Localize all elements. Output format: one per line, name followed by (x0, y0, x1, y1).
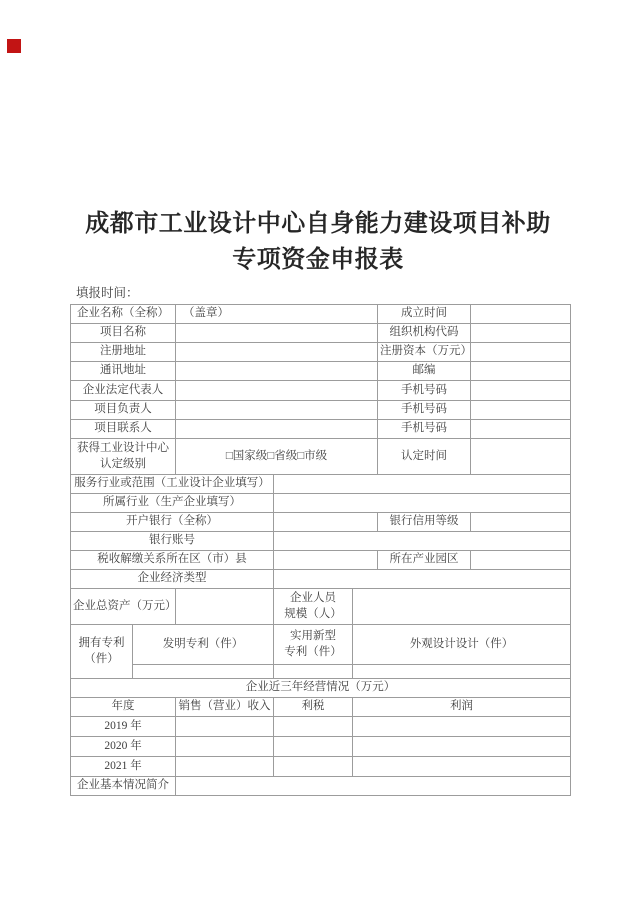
project-contact-label: 项目联系人 (71, 420, 176, 439)
table-row: 企业基本情况简介 (71, 777, 571, 796)
table-row: 2019 年 (71, 717, 571, 737)
staff-scale-value-cell (353, 589, 571, 625)
page-title-line2: 专项资金申报表 (0, 242, 636, 278)
bank-credit-value-cell (471, 513, 571, 532)
table-row: 注册地址 注册资本（万元） (71, 343, 571, 362)
table-row: 通讯地址 邮编 (71, 362, 571, 381)
reg-address-label: 注册地址 (71, 343, 176, 362)
company-profile-label: 企业基本情况简介 (71, 777, 176, 796)
industry-label: 所属行业（生产企业填写） (71, 494, 274, 513)
year-2019-profit-cell (353, 717, 571, 737)
page-title-line1: 成都市工业设计中心自身能力建设项目补助 (0, 206, 636, 242)
legal-rep-value-cell (176, 381, 378, 401)
table-row: 年度 销售（营业）收入 利税 利润 (71, 698, 571, 717)
application-form-table: 企业名称（全称） （盖章） 成立时间 项目名称 组织机构代码 注册地址 注册资本… (70, 304, 571, 796)
org-code-value-cell (471, 324, 571, 343)
founding-date-label: 成立时间 (378, 305, 471, 324)
table-row: 银行账号 (71, 532, 571, 551)
postcode-label: 邮编 (378, 362, 471, 381)
company-name-label: 企业名称（全称） (71, 305, 176, 324)
table-row: 2021 年 (71, 757, 571, 777)
fill-time-label: 填报时间： (76, 283, 636, 301)
year-2020-tax-cell (274, 737, 353, 757)
table-row: 企业名称（全称） （盖章） 成立时间 (71, 305, 571, 324)
year-2021-profit-cell (353, 757, 571, 777)
table-row: 服务行业或范围（工业设计企业填写） (71, 475, 571, 494)
year-2020-label: 2020 年 (71, 737, 176, 757)
design-patent-label: 外观设计设计（件） (353, 625, 571, 665)
company-name-value-cell: （盖章） (176, 305, 378, 324)
industry-park-label: 所在产业园区 (378, 551, 471, 570)
table-row: 企业经济类型 (71, 570, 571, 589)
page-title: 成都市工业设计中心自身能力建设项目补助 专项资金申报表 (0, 0, 636, 278)
year-column-header: 年度 (71, 698, 176, 717)
center-level-checkboxes: □国家级□省级□市级 (176, 439, 378, 475)
invention-patent-label: 发明专利（件） (133, 625, 274, 665)
project-leader-value-cell (176, 401, 378, 420)
table-row: 项目名称 组织机构代码 (71, 324, 571, 343)
economy-type-label: 企业经济类型 (71, 570, 274, 589)
table-row: 税收解缴关系所在区（市）县 所在产业园区 (71, 551, 571, 570)
reg-capital-label: 注册资本（万元） (378, 343, 471, 362)
economy-type-value-cell (274, 570, 571, 589)
red-stamp-marker (7, 39, 21, 53)
bank-account-value-cell (274, 532, 571, 551)
year-2019-sales-cell (176, 717, 274, 737)
service-scope-value-cell (274, 475, 571, 494)
project-name-value-cell (176, 324, 378, 343)
year-2021-sales-cell (176, 757, 274, 777)
table-row: 2020 年 (71, 737, 571, 757)
legal-rep-phone-label: 手机号码 (378, 381, 471, 401)
year-2020-sales-cell (176, 737, 274, 757)
year-2019-tax-cell (274, 717, 353, 737)
project-contact-value-cell (176, 420, 378, 439)
mail-address-value-cell (176, 362, 378, 381)
industry-value-cell (274, 494, 571, 513)
profit-column-header: 利润 (353, 698, 571, 717)
industry-park-value-cell (471, 551, 571, 570)
leader-phone-value-cell (471, 401, 571, 420)
bank-account-label: 银行账号 (71, 532, 274, 551)
invention-patent-value-cell (133, 665, 274, 679)
business-section-header: 企业近三年经营情况（万元） (71, 679, 571, 698)
reg-capital-value-cell (471, 343, 571, 362)
design-patent-value-cell (353, 665, 571, 679)
legal-rep-label: 企业法定代表人 (71, 381, 176, 401)
contact-phone-label: 手机号码 (378, 420, 471, 439)
patents-label: 拥有专利 （件） (71, 625, 133, 679)
certify-date-value-cell (471, 439, 571, 475)
legal-rep-phone-value-cell (471, 381, 571, 401)
certify-date-label: 认定时间 (378, 439, 471, 475)
total-assets-value-cell (176, 589, 274, 625)
tax-district-value-cell (274, 551, 378, 570)
total-assets-label: 企业总资产（万元） (71, 589, 176, 625)
table-row: 项目负责人 手机号码 (71, 401, 571, 420)
table-row: 开户银行（全称） 银行信用等级 (71, 513, 571, 532)
bank-credit-label: 银行信用等级 (378, 513, 471, 532)
leader-phone-label: 手机号码 (378, 401, 471, 420)
table-row: 拥有专利 （件） 发明专利（件） 实用新型 专利（件） 外观设计设计（件） (71, 625, 571, 665)
contact-phone-value-cell (471, 420, 571, 439)
sales-column-header: 销售（营业）收入 (176, 698, 274, 717)
table-row: 企业近三年经营情况（万元） (71, 679, 571, 698)
year-2021-tax-cell (274, 757, 353, 777)
table-row: 企业法定代表人 手机号码 (71, 381, 571, 401)
bank-value-cell (274, 513, 378, 532)
founding-date-value-cell (471, 305, 571, 324)
tax-district-label: 税收解缴关系所在区（市）县 (71, 551, 274, 570)
table-row (71, 665, 571, 679)
postcode-value-cell (471, 362, 571, 381)
utility-patent-label: 实用新型 专利（件） (274, 625, 353, 665)
org-code-label: 组织机构代码 (378, 324, 471, 343)
year-2020-profit-cell (353, 737, 571, 757)
project-name-label: 项目名称 (71, 324, 176, 343)
reg-address-value-cell (176, 343, 378, 362)
tax-column-header: 利税 (274, 698, 353, 717)
company-profile-value-cell (176, 777, 571, 796)
table-row: 所属行业（生产企业填写） (71, 494, 571, 513)
service-scope-label: 服务行业或范围（工业设计企业填写） (71, 475, 274, 494)
year-2019-label: 2019 年 (71, 717, 176, 737)
staff-scale-label: 企业人员 规模（人） (274, 589, 353, 625)
table-row: 企业总资产（万元） 企业人员 规模（人） (71, 589, 571, 625)
project-leader-label: 项目负责人 (71, 401, 176, 420)
bank-label: 开户银行（全称） (71, 513, 274, 532)
year-2021-label: 2021 年 (71, 757, 176, 777)
mail-address-label: 通讯地址 (71, 362, 176, 381)
utility-patent-value-cell (274, 665, 353, 679)
table-row: 项目联系人 手机号码 (71, 420, 571, 439)
center-level-label: 获得工业设计中心 认定级别 (71, 439, 176, 475)
table-row: 获得工业设计中心 认定级别 □国家级□省级□市级 认定时间 (71, 439, 571, 475)
